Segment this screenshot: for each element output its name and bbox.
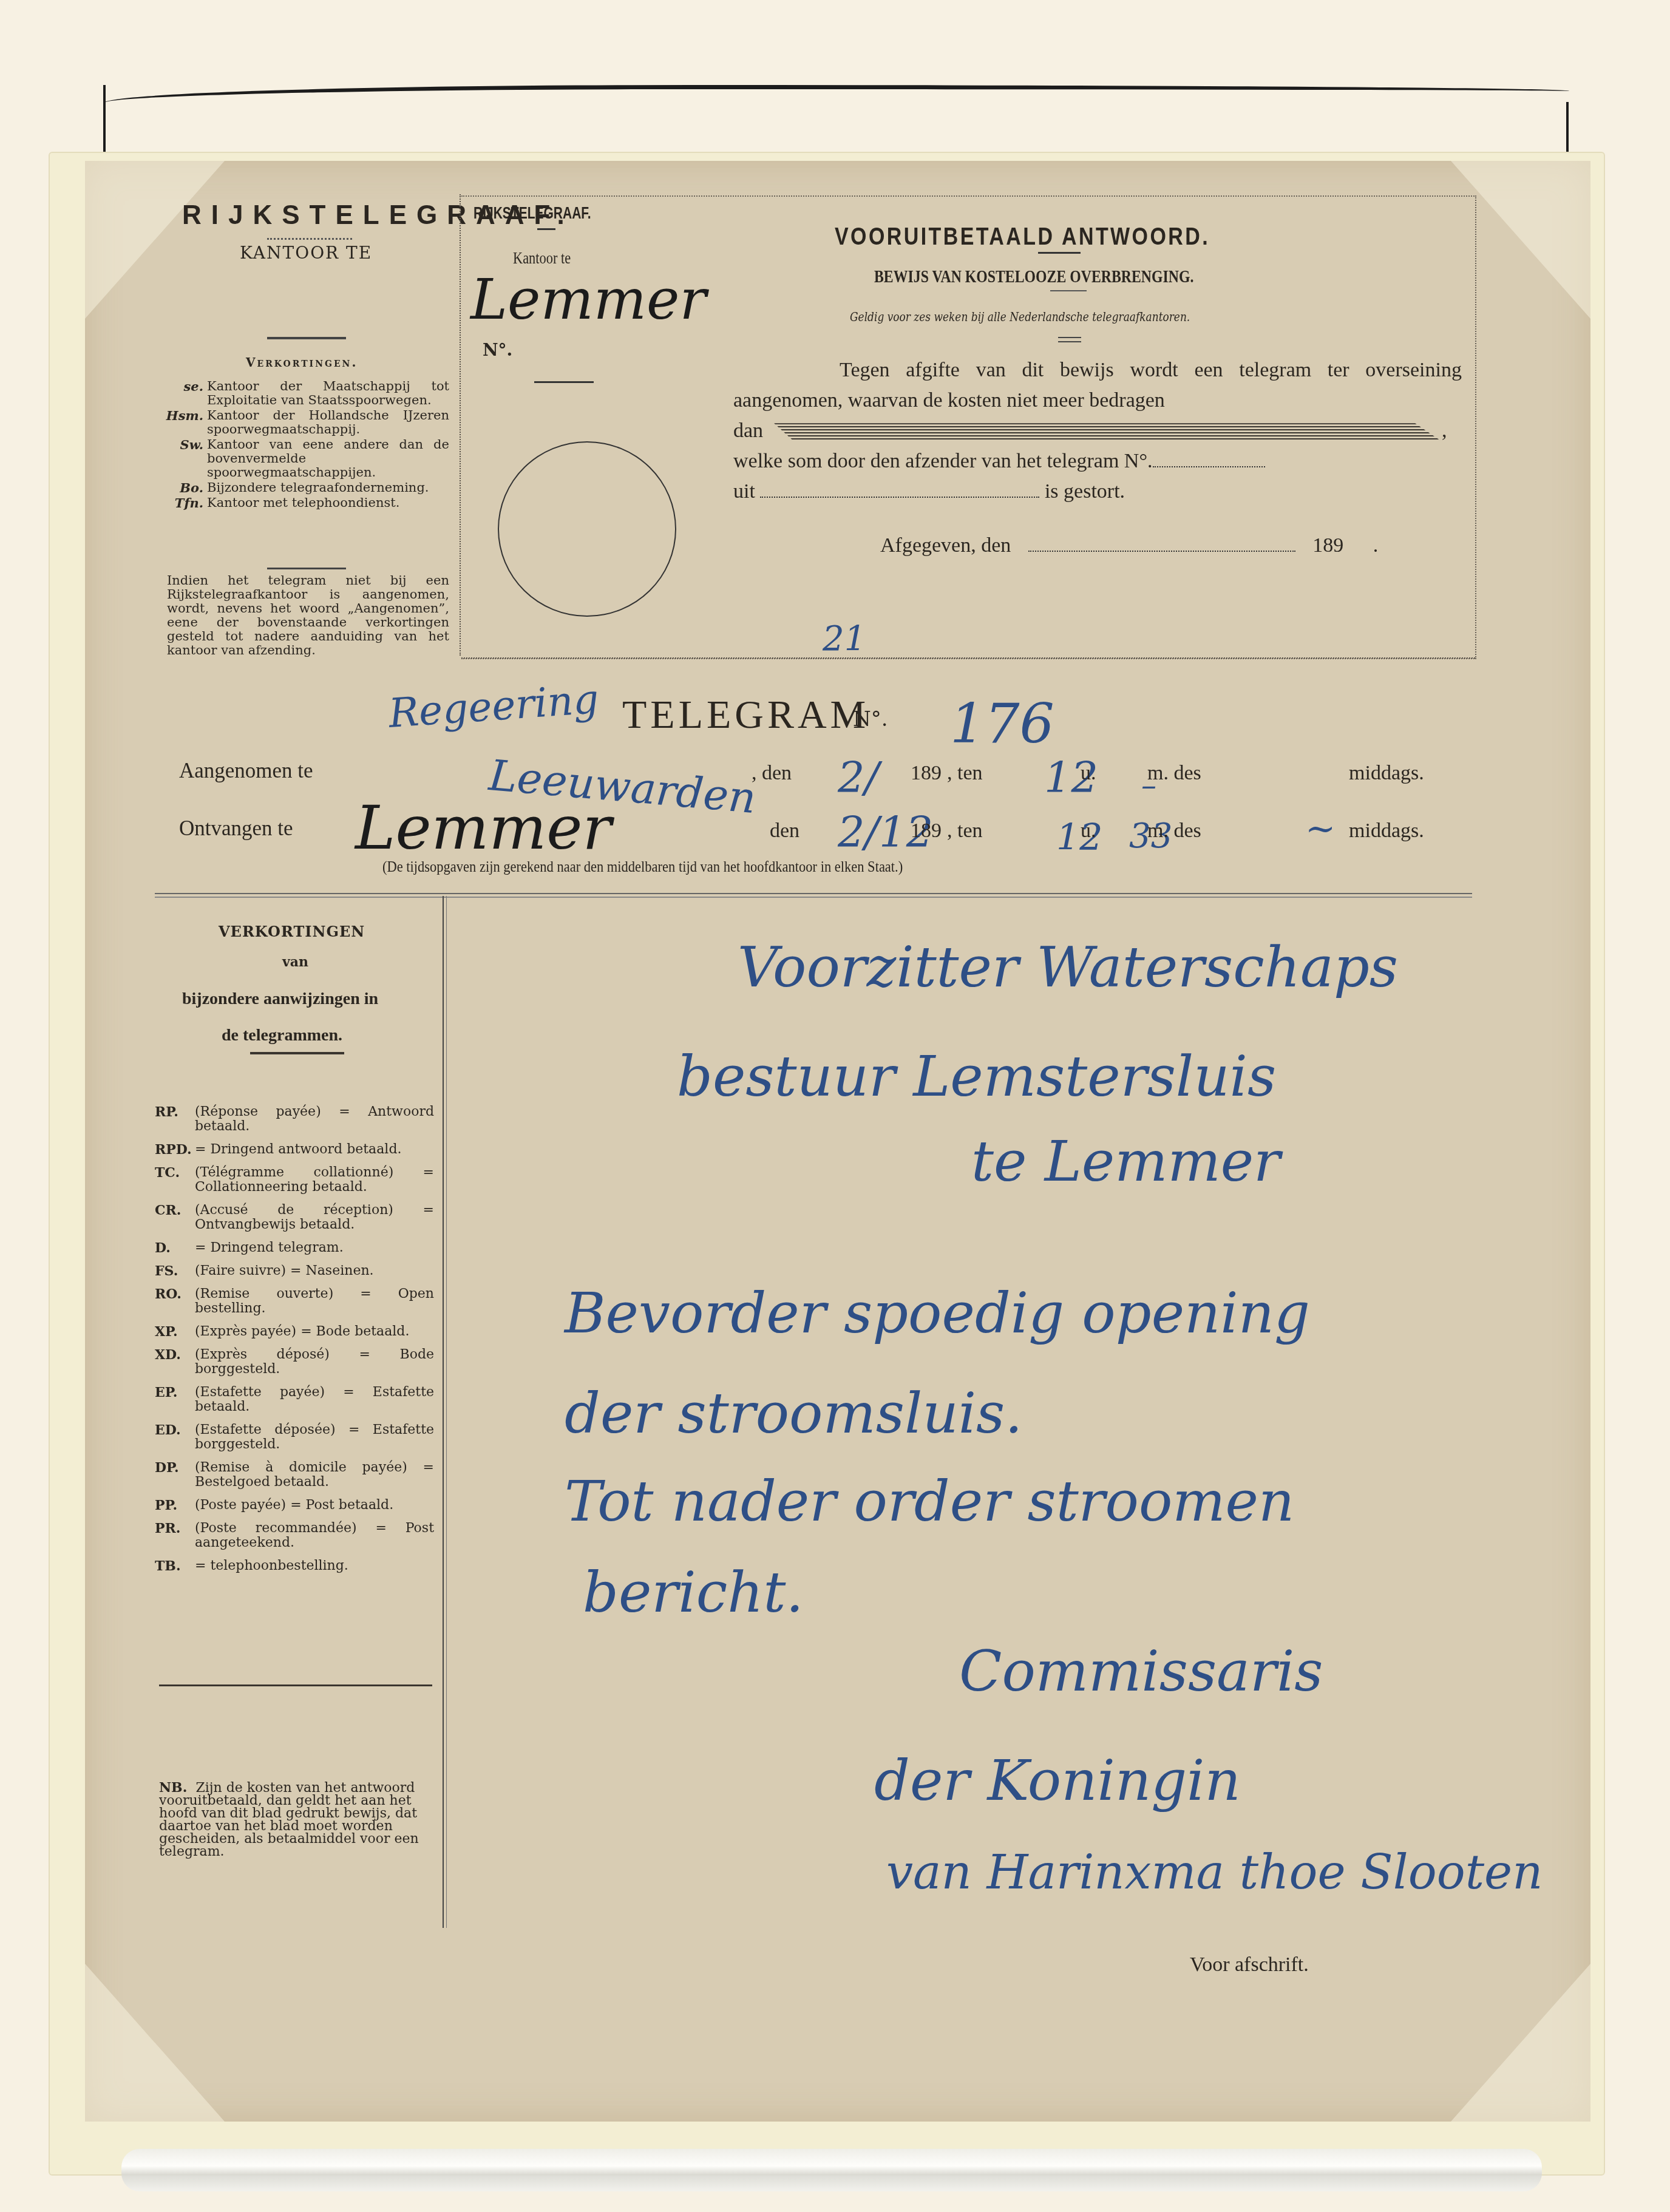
telegram-no-blank (1153, 466, 1265, 467)
handwritten-mark: 21 (823, 619, 866, 659)
header-rule (155, 893, 1472, 898)
message-line-4: bericht. (583, 1560, 804, 1625)
telegram-number: 176 (950, 692, 1054, 756)
legend-item: ED.(Estafette déposée) = Estafette borgg… (155, 1423, 434, 1452)
sleeve-fold (121, 2149, 1542, 2191)
divider (267, 337, 346, 339)
photo-corner-bottom-right (1451, 1964, 1590, 2122)
message-line-1: Bevorder spoedig opening (565, 1281, 1310, 1346)
ontvangen-place: Lemmer (355, 792, 611, 863)
ontvangen-mark: ~ (1305, 807, 1336, 850)
stamp-circle (498, 441, 676, 617)
abbreviation-item: Tfn. Kantoor met telephoondienst. (161, 496, 449, 510)
divider (267, 568, 346, 569)
hanger-wire (103, 85, 1569, 105)
legend-item: PP.(Poste payée) = Post betaald. (155, 1498, 434, 1513)
telegram-title: TELEGRAM (622, 692, 869, 738)
hanger-wire-left (103, 85, 106, 158)
legend-item: RP.(Réponse payée) = Antwoord betaald. (155, 1105, 434, 1134)
legend-line2: bijzondere aanwijzingen in (182, 989, 378, 1009)
signature-line-1: Commissaris (959, 1639, 1323, 1704)
time-note: (De tijdsopgaven zijn gerekend naar den … (382, 859, 903, 876)
coupon-kantoor-value: Lemmer (470, 267, 706, 332)
coupon-no-blank (534, 381, 594, 383)
address-line-1: Voorzitter Waterschaps (738, 935, 1398, 1000)
legend-item: DP.(Remise à domicile payée) = Bestelgoe… (155, 1461, 434, 1490)
coupon-validity: Geldig voor zes weken bij alle Nederland… (850, 310, 1190, 324)
stub-abbreviation-list: se. Kantoor der Maatschappij tot Exploit… (161, 379, 449, 511)
legend-list: RP.(Réponse payée) = Antwoord betaald. R… (155, 1105, 434, 1582)
divider (1038, 252, 1081, 254)
coupon-kantoor-label: Kantoor te (513, 249, 571, 268)
legend-line3: de telegrammen. (222, 1026, 342, 1045)
legend-item: EP.(Estafette payée) = Estafette betaald… (155, 1385, 434, 1414)
coupon-heading: VOORUITBETAALD ANTWOORD. (835, 223, 1210, 251)
aangenomen-date: 2/ (838, 753, 879, 802)
divider (537, 228, 555, 230)
coupon-no-label: N°. (483, 340, 512, 360)
telegram-no-label: N°. (853, 707, 888, 731)
abbreviation-item: se. Kantoor der Maatschappij tot Exploit… (161, 379, 449, 407)
signature-line-2: der Koningin (874, 1748, 1241, 1813)
divider (250, 1052, 344, 1054)
signature-line-3: van Harinxma thoe Slooten (886, 1845, 1543, 1900)
legend-item: RO.(Remise ouverte) = Open bestelling. (155, 1287, 434, 1316)
legend-item: XD.(Exprès déposé) = Bode borggesteld. (155, 1348, 434, 1377)
column-divider (443, 896, 447, 1928)
message-line-2: der stroomsluis. (565, 1381, 1023, 1446)
ontvangen-label: Ontvangen te (179, 816, 293, 841)
legend-item: PR.(Poste recommandée) = Post aangeteeke… (155, 1521, 434, 1550)
afgegeven-date-blank (1028, 551, 1295, 552)
stub-kantoor-te: KANTOOR TE (240, 243, 372, 263)
legend-item: TB.= telephoonbestelling. (155, 1559, 434, 1573)
coupon-body: Tegen afgifte van dit bewijs wordt een t… (733, 355, 1462, 507)
abbreviation-item: Hsm. Kantoor der Hollandsche IJzeren spo… (161, 409, 449, 436)
legend-item: FS.(Faire suivre) = Naseinen. (155, 1264, 434, 1278)
coupon-rijkstelegraaf: RIJKSTELEGRAAF. (474, 203, 591, 223)
abbreviation-item: Sw. Kantoor van eene andere dan de boven… (161, 438, 449, 480)
legend-van: van (282, 954, 308, 970)
address-line-3: te Lemmer (971, 1129, 1280, 1194)
legend-item: CR.(Accusé de réception) = Ontvangbewijs… (155, 1203, 434, 1232)
aangenomen-label: Aangenomen te (179, 759, 313, 783)
uit-blank (760, 497, 1039, 498)
perforation-line (460, 194, 462, 656)
stub-verkortingen-heading: Verkortingen. (246, 355, 358, 370)
legend-item: XP.(Exprès payée) = Bode betaald. (155, 1325, 434, 1339)
address-line-2: bestuur Lemstersluis (677, 1044, 1276, 1109)
hanger-wire-right (1566, 102, 1569, 160)
divider-double (1058, 337, 1081, 342)
coupon-subheading: BEWIJS VAN KOSTELOOZE OVERBRENGING. (874, 267, 1193, 287)
divider (159, 1684, 432, 1686)
legend-nb-note: NB.Zijn de kosten van het antwoord vooru… (159, 1782, 432, 1858)
message-line-3: Tot nader order stroomen (565, 1469, 1294, 1534)
legend-item: RPD.= Dringend antwoord betaald. (155, 1142, 434, 1157)
photo-corner-bottom-left (85, 1964, 225, 2122)
divider (1050, 290, 1087, 291)
legend-title: VERKORTINGEN (219, 923, 365, 940)
coupon-afgegeven: Afgegeven, den 189 . (880, 534, 1378, 557)
voor-afschrift: Voor afschrift. (1190, 1953, 1309, 1976)
legend-item: TC.(Télégramme collationné) = Collationn… (155, 1165, 434, 1195)
cost-hatch-field (774, 423, 1442, 441)
legend-item: D.= Dringend telegram. (155, 1241, 434, 1255)
decorative-wave (267, 233, 352, 240)
perforation-line (461, 657, 1475, 660)
stub-note: Indien het telegram niet bij een Rijkste… (167, 574, 449, 657)
photo-corner-top-left (85, 161, 225, 319)
abbreviation-item: Bo. Bijzondere telegraafonderneming. (161, 481, 449, 495)
